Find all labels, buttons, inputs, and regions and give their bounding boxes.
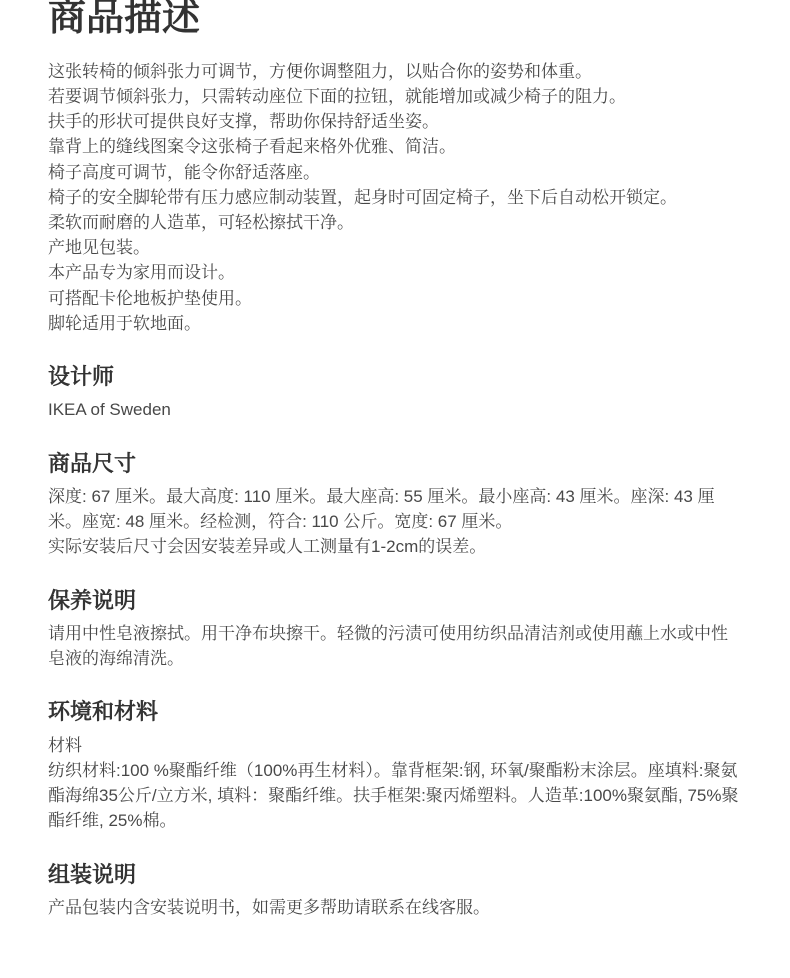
description-line: 若要调节倾斜张力，只需转动座位下面的拉钮，就能增加或减少椅子的阻力。 — [48, 84, 742, 109]
description-line: 椅子的安全脚轮带有压力感应制动装置，起身时可固定椅子，坐下后自动松开锁定。 — [48, 185, 742, 210]
designer-heading: 设计师 — [48, 364, 742, 390]
care-section: 保养说明 请用中性皂液擦拭。用干净布块擦干。轻微的污渍可使用纺织品清洁剂或使用蘸… — [48, 588, 742, 672]
dimensions-text: 深度: 67 厘米。最大高度: 110 厘米。最大座高: 55 厘米。最小座高:… — [48, 484, 742, 534]
description-line: 靠背上的缝线图案令这张椅子看起来格外优雅、简洁。 — [48, 134, 742, 159]
description-line: 椅子高度可调节，能令你舒适落座。 — [48, 160, 742, 185]
description-line: 产地见包装。 — [48, 235, 742, 260]
materials-section: 环境和材料 材料 纺织材料:100 %聚酯纤维（100%再生材料）。靠背框架:钢… — [48, 699, 742, 833]
dimensions-tolerance-note: 实际安装后尺寸会因安装差异或人工测量有1-2cm的误差。 — [48, 534, 742, 559]
dimensions-section: 商品尺寸 深度: 67 厘米。最大高度: 110 厘米。最大座高: 55 厘米。… — [48, 451, 742, 560]
materials-heading: 环境和材料 — [48, 699, 742, 725]
description-line: 柔软而耐磨的人造革，可轻松擦拭干净。 — [48, 210, 742, 235]
page-title: 商品描述 — [48, 0, 742, 41]
assembly-section: 组装说明 产品包装内含安装说明书，如需更多帮助请联系在线客服。 — [48, 862, 742, 921]
care-text: 请用中性皂液擦拭。用干净布块擦干。轻微的污渍可使用纺织品清洁剂或使用蘸上水或中性… — [48, 621, 742, 671]
designer-section: 设计师 IKEA of Sweden — [48, 364, 742, 423]
care-heading: 保养说明 — [48, 588, 742, 614]
dimensions-heading: 商品尺寸 — [48, 451, 742, 477]
description-line: 这张转椅的倾斜张力可调节，方便你调整阻力，以贴合你的姿势和体重。 — [48, 59, 742, 84]
product-description-page: 商品描述 这张转椅的倾斜张力可调节，方便你调整阻力，以贴合你的姿势和体重。 若要… — [0, 0, 790, 920]
description-line: 扶手的形状可提供良好支撑，帮助你保持舒适坐姿。 — [48, 109, 742, 134]
materials-text: 纺织材料:100 %聚酯纤维（100%再生材料）。靠背框架:钢, 环氧/聚酯粉末… — [48, 758, 742, 834]
assembly-text: 产品包装内含安装说明书，如需更多帮助请联系在线客服。 — [48, 895, 742, 920]
materials-subheading: 材料 — [48, 733, 742, 758]
product-description-text: 这张转椅的倾斜张力可调节，方便你调整阻力，以贴合你的姿势和体重。 若要调节倾斜张… — [48, 59, 742, 336]
description-line: 本产品专为家用而设计。 — [48, 260, 742, 285]
assembly-heading: 组装说明 — [48, 862, 742, 888]
description-line: 可搭配卡伦地板护垫使用。 — [48, 286, 742, 311]
designer-name: IKEA of Sweden — [48, 397, 742, 422]
description-line: 脚轮适用于软地面。 — [48, 311, 742, 336]
